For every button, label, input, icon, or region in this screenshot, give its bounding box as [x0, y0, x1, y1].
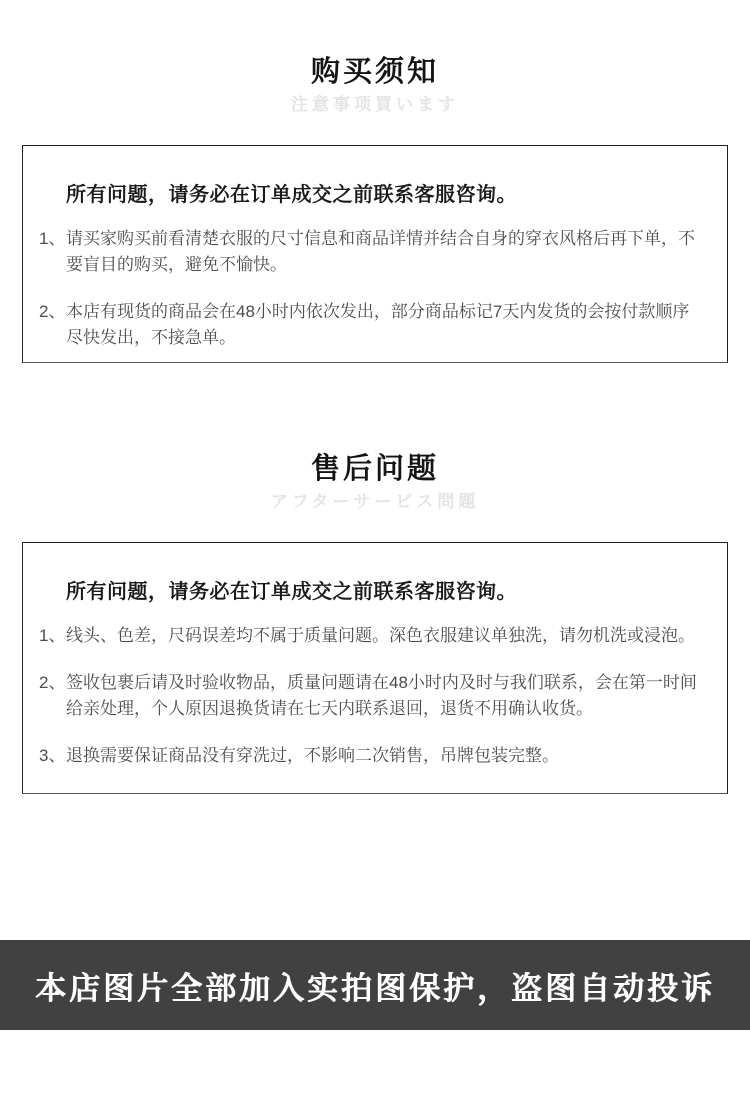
- list-item-number: 2、: [39, 299, 66, 325]
- anti-theft-banner-text: 本店图片全部加入实拍图保护，盗图自动投诉: [35, 963, 715, 1008]
- list-item-text: 签收包裹后请及时验收物品，质量问题请在48小时内及时与我们联系，会在第一时间给亲…: [66, 670, 697, 722]
- list-item-number: 1、: [39, 623, 66, 649]
- list-item-text: 请买家购买前看清楚衣服的尺寸信息和商品详情并结合自身的穿衣风格后再下单，不要盲目…: [66, 226, 697, 278]
- purchase-notice-box: 所有问题，请务必在订单成交之前联系客服咨询。 1、 请买家购买前看清楚衣服的尺寸…: [22, 145, 728, 363]
- list-item-number: 1、: [39, 226, 66, 252]
- list-item-text: 退换需要保证商品没有穿洗过，不影响二次销售，吊牌包装完整。: [66, 743, 697, 769]
- list-item-number: 2、: [39, 670, 66, 696]
- after-sales-box: 所有问题，请务必在订单成交之前联系客服咨询。 1、 线头、色差，尺码误差均不属于…: [22, 542, 728, 794]
- after-sales-title: 售后问题: [0, 451, 750, 487]
- list-item: 1、 请买家购买前看清楚衣服的尺寸信息和商品详情并结合自身的穿衣风格后再下单，不…: [39, 226, 697, 278]
- purchase-notice-header: 购买须知 注意事项買います: [0, 0, 750, 118]
- list-item-text: 线头、色差，尺码误差均不属于质量问题。深色衣服建议单独洗，请勿机洗或浸泡。: [66, 623, 697, 649]
- anti-theft-banner: 本店图片全部加入实拍图保护，盗图自动投诉: [0, 940, 750, 1030]
- purchase-notice-heading: 所有问题，请务必在订单成交之前联系客服咨询。: [66, 178, 697, 207]
- list-item: 2、 本店有现货的商品会在48小时内依次发出，部分商品标记7天内发货的会按付款顺…: [39, 299, 697, 351]
- list-item: 1、 线头、色差，尺码误差均不属于质量问题。深色衣服建议单独洗，请勿机洗或浸泡。: [39, 623, 697, 649]
- purchase-notice-subtitle: 注意事项買います: [0, 92, 750, 118]
- after-sales-subtitle: アフターサービス問題: [0, 489, 750, 515]
- purchase-notice-title: 购买须知: [0, 54, 750, 90]
- list-item: 3、 退换需要保证商品没有穿洗过，不影响二次销售，吊牌包装完整。: [39, 743, 697, 769]
- list-item: 2、 签收包裹后请及时验收物品，质量问题请在48小时内及时与我们联系，会在第一时…: [39, 670, 697, 722]
- list-item-text: 本店有现货的商品会在48小时内依次发出，部分商品标记7天内发货的会按付款顺序尽快…: [66, 299, 697, 351]
- list-item-number: 3、: [39, 743, 66, 769]
- after-sales-header: 售后问题 アフターサービス問題: [0, 363, 750, 515]
- after-sales-heading: 所有问题，请务必在订单成交之前联系客服咨询。: [66, 575, 697, 604]
